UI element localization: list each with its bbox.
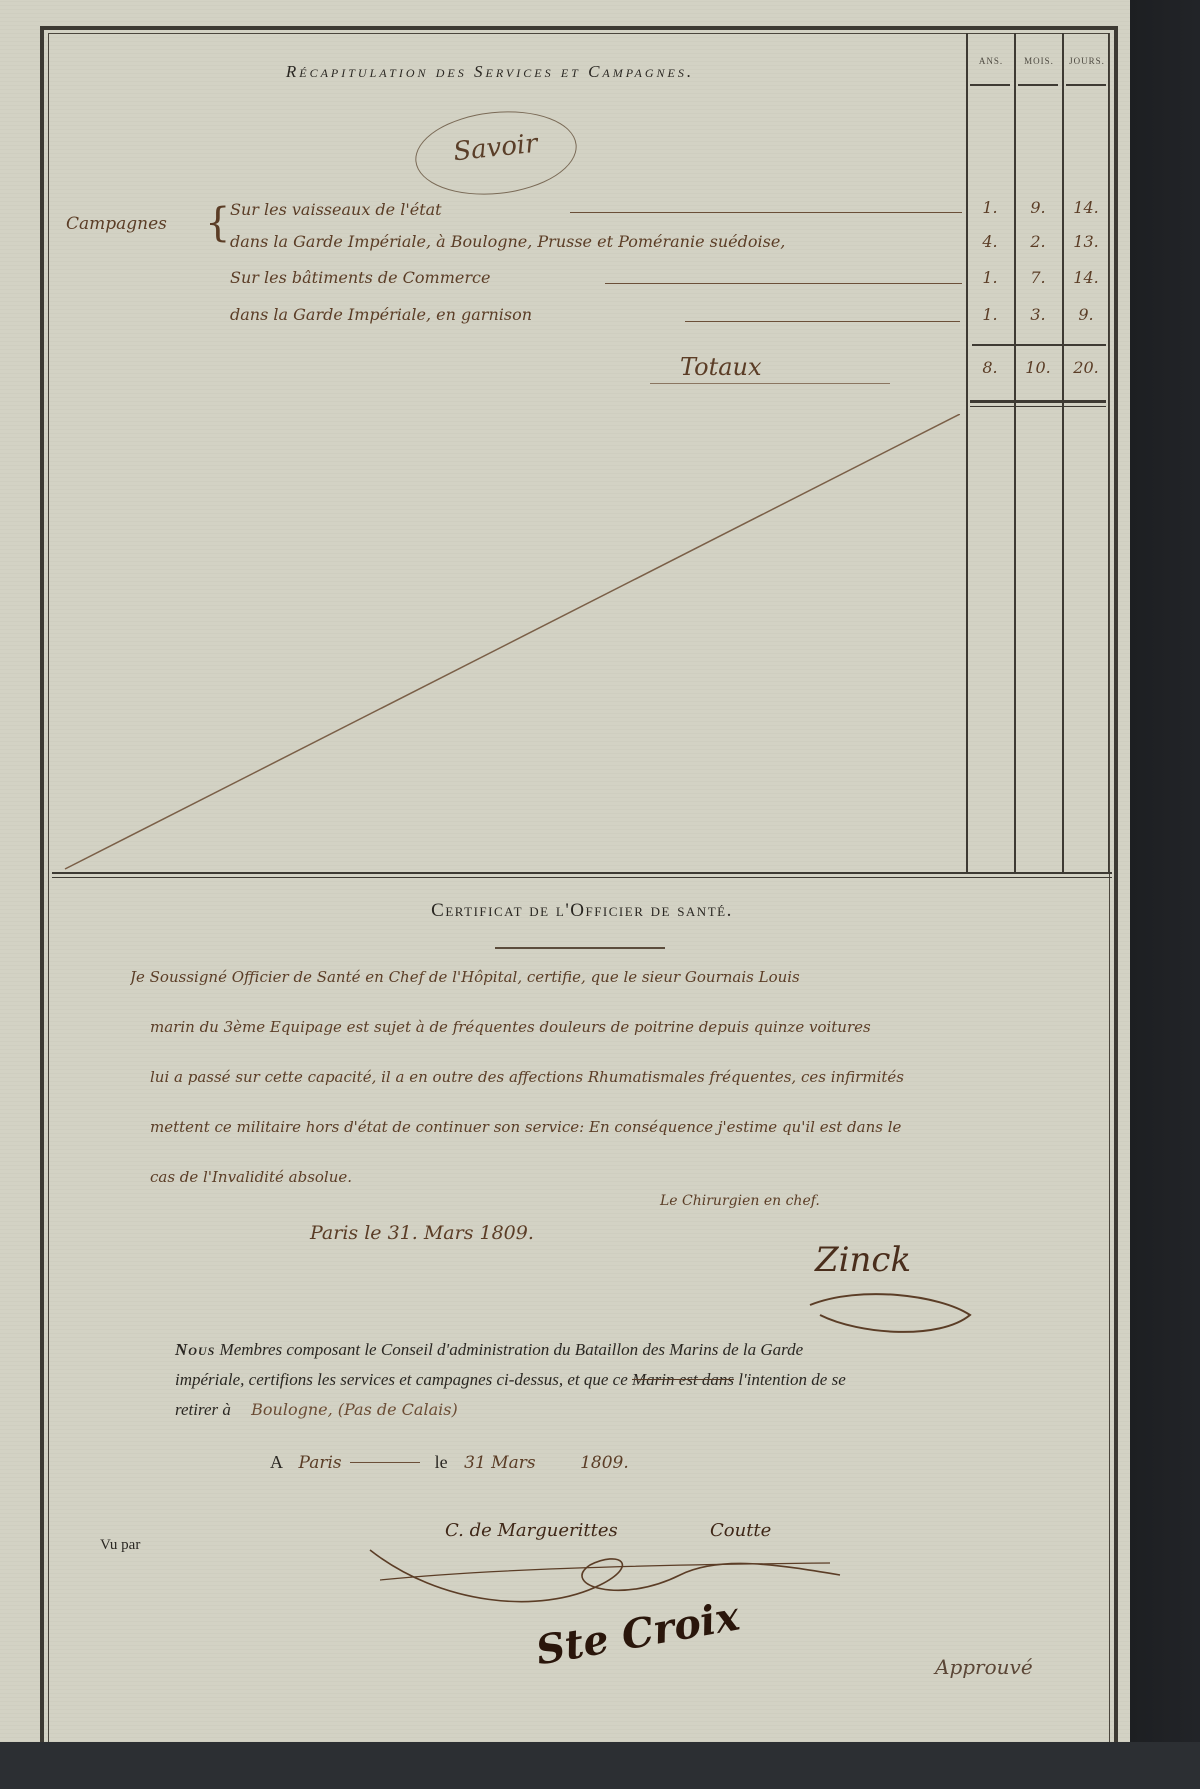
section-divider [52, 872, 1112, 874]
certificate-line-5: cas de l'Invalidité absolue. [150, 1168, 1100, 1186]
certificate-line-1: Je Soussigné Officier de Santé en Chef d… [130, 968, 1080, 986]
total-mois: 10. [1016, 358, 1060, 377]
header-rule [1018, 84, 1058, 86]
council-line-2b: l'intention de se [734, 1370, 846, 1389]
signature-coutte: Coutte [710, 1520, 771, 1541]
row2-jours: 13. [1064, 232, 1108, 251]
page-border-inner [48, 33, 1110, 1742]
campaign-row-3: Sur les bâtiments de Commerce [230, 268, 490, 287]
retirer-destination: Boulogne, (Pas de Calais) [251, 1400, 458, 1419]
fill-line [685, 321, 960, 322]
council-statement: Nous Membres composant le Conseil d'admi… [175, 1335, 1085, 1425]
title-underline [495, 947, 665, 949]
totals-underline [650, 383, 890, 384]
diagonal-line [60, 414, 960, 874]
signature-flourish [360, 1545, 860, 1625]
council-place-date: A Paris le 31 Mars 1809. [270, 1452, 629, 1473]
row3-ans: 1. [968, 268, 1012, 287]
column-header-jours: JOURS. [1064, 56, 1110, 66]
signature-marguerittes: C. de Marguerittes [445, 1520, 618, 1541]
row2-mois: 2. [1016, 232, 1060, 251]
le-label: le [435, 1452, 448, 1472]
section-divider [52, 877, 1112, 878]
totals-label: Totaux [680, 353, 762, 381]
council-line-1: Membres composant le Conseil d'administr… [220, 1340, 804, 1359]
surgeon-signature: Zinck [815, 1240, 911, 1280]
row4-ans: 1. [968, 305, 1012, 324]
nous-label: Nous [175, 1340, 215, 1359]
brace-icon: { [205, 200, 230, 246]
sum-rule [972, 344, 1106, 346]
certificate-line-2: marin du 3ème Equipage est sujet à de fr… [150, 1018, 1100, 1036]
total-ans: 8. [968, 358, 1012, 377]
header-rule [1066, 84, 1106, 86]
surgeon-title: Le Chirurgien en chef. [660, 1193, 820, 1209]
background-edge [1130, 0, 1200, 1742]
certificate-place-date: Paris le 31. Mars 1809. [310, 1222, 534, 1244]
row3-mois: 7. [1016, 268, 1060, 287]
fill-line [350, 1462, 420, 1463]
certificate-line-4: mettent ce militaire hors d'état de cont… [150, 1118, 1100, 1136]
header-rule [970, 84, 1010, 86]
row4-mois: 3. [1016, 305, 1060, 324]
double-rule [970, 400, 1106, 403]
campaign-row-4: dans la Garde Impériale, en garnison [230, 305, 532, 324]
total-jours: 20. [1064, 358, 1108, 377]
fill-line [605, 283, 962, 284]
a-label: A [270, 1452, 282, 1472]
campaigns-label: Campagnes [66, 214, 167, 234]
council-line-2a: impériale, certifions les services et ca… [175, 1370, 632, 1389]
row1-ans: 1. [968, 198, 1012, 217]
recap-title: Récapitulation des Services et Campagnes… [100, 62, 880, 82]
struck-text: Marin est dans [632, 1370, 734, 1389]
column-divider [966, 33, 968, 873]
campaign-row-1: Sur les vaisseaux de l'état [230, 200, 442, 219]
column-header-mois: MOIS. [1016, 56, 1062, 66]
row1-mois: 9. [1016, 198, 1060, 217]
certificate-title: Certificat de l'Officier de santé. [52, 900, 1112, 922]
campaign-row-2: dans la Garde Impériale, à Boulogne, Pru… [230, 232, 785, 251]
council-date: 31 Mars [464, 1453, 535, 1473]
council-place: Paris [299, 1453, 342, 1473]
certificate-line-3: lui a passé sur cette capacité, il a en … [150, 1068, 1100, 1086]
row4-jours: 9. [1064, 305, 1108, 324]
fill-line [570, 212, 962, 213]
column-divider [1108, 33, 1109, 873]
column-divider [1014, 33, 1016, 873]
vu-par-label: Vu par [100, 1537, 140, 1554]
column-header-ans: ANS. [968, 56, 1014, 66]
row1-jours: 14. [1064, 198, 1108, 217]
row3-jours: 14. [1064, 268, 1108, 287]
column-divider [1062, 33, 1064, 873]
approved-label: Approuvé [935, 1655, 1033, 1679]
double-rule [970, 406, 1106, 407]
retirer-label: retirer à [175, 1400, 231, 1419]
row2-ans: 4. [968, 232, 1012, 251]
council-year: 1809. [580, 1453, 629, 1473]
